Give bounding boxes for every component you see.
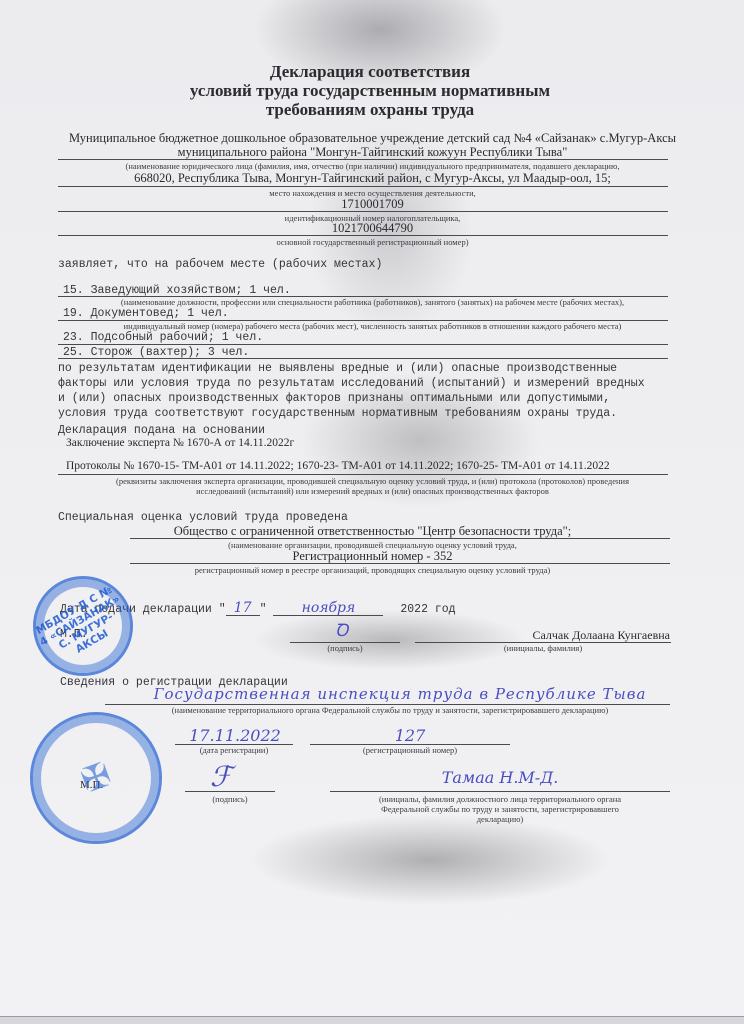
rule [185,791,275,792]
declarant-ogrn: 1021700644790 [40,221,705,235]
registration-date: 17.11.2022 [175,726,295,745]
rule [58,186,668,187]
basis-caption-1: (реквизиты заключения эксперта организац… [40,476,705,486]
rule [58,235,668,236]
declarant-name: Муниципальное бюджетное дошкольное образ… [40,131,705,159]
scanned-page: Декларация соответствия условий труда го… [0,0,744,1024]
submission-day: 17 [226,602,260,616]
result-line: и (или) опасных производственных факторо… [58,391,645,406]
rule [58,358,668,359]
declarant-name-line-1: Муниципальное бюджетное дошкольное образ… [40,131,705,145]
eagle-emblem-icon: ✠ [81,768,112,788]
rule [58,344,668,345]
rule [130,563,670,564]
assessment-reg-number: Регистрационный номер - 352 [40,549,705,563]
school-stamp-text: МБДОУ Д С № 4 «САЙЗАНАК» С. МУГУР-АКСЫ [30,582,135,671]
basis-label: Декларация подана на основании [58,424,265,437]
declarant-address: 668020, Республика Тыва, Монгун-Тайгинск… [40,171,705,185]
declarant-name-caption: (наименование юридического лица (фамилия… [40,161,705,171]
expert-conclusion: Заключение эксперта № 1670-А от 14.11.20… [66,437,294,449]
assessment-label: Специальная оценка условий труда проведе… [58,511,348,524]
rule [130,538,670,539]
title-line-3: требованиям охраны труда [150,100,590,119]
official-caption-1: (инициалы, фамилия должностного лица тер… [330,794,670,804]
title-line-2: условий труда государственным нормативны… [150,81,590,100]
official-name: Тамаа Н.М-Д. [330,768,670,787]
signer-name: Салчак Долаана Кунгаевна [420,628,670,643]
number-caption: (регистрационный номер) [310,745,510,755]
workplace-item: 19. Документовед; 1 чел. [63,307,229,320]
result-line: по результатам идентификации не выявлены… [58,361,645,376]
labor-inspection-stamp-content: ✠ [81,768,112,788]
title-line-1: Декларация соответствия [150,62,590,81]
protocols: Протоколы № 1670-15- ТМ-А01 от 14.11.202… [66,460,610,472]
document-title: Декларация соответствия условий труда го… [150,62,590,119]
official-caption-3: декларацию) [330,814,670,824]
declares-text: заявляет, что на рабочем месте (рабочих … [58,258,382,271]
official-signature: ℱ [210,760,232,793]
school-stamp: МБДОУ Д С № 4 «САЙЗАНАК» С. МУГУР-АКСЫ [33,576,133,676]
declarant-inn: 1710001709 [40,197,705,211]
rule [58,159,668,160]
signer-caption: (инициалы, фамилия) [415,643,671,653]
registration-number: 127 [310,726,510,745]
basis-caption-2: исследований (испытаний) или измерений в… [40,486,705,496]
official-caption: (инициалы, фамилия должностного лица тер… [330,794,670,824]
rule [58,474,668,475]
labor-inspection-stamp: ✠ [30,712,162,844]
ogrn-caption: основной государственный регистрационный… [40,237,705,247]
workplace-item: 23. Подсобный рабочий; 1 чел. [63,331,263,344]
rule [58,211,668,212]
workplaces-caption-2: индивидуальный номер (номера) рабочего м… [40,321,705,331]
result-line: факторы или условия труда по результатам… [58,376,645,391]
assessment-organization: Общество с ограниченной ответственностью… [40,524,705,538]
submission-year: 2022 год [400,603,455,616]
declarant-name-line-2: муниципального района "Монгун-Тайгинский… [40,145,705,159]
date-caption: (дата регистрации) [175,745,293,755]
reg-caption: регистрационный номер в реестре организа… [40,565,705,575]
basis-caption: (реквизиты заключения эксперта организац… [40,476,705,496]
declarant-signature: Ꝺ [335,618,348,641]
submission-month: ноября [273,602,383,616]
signature-caption: (подпись) [290,643,400,653]
authority-caption: (наименование территориального органа Фе… [80,705,700,715]
rule [330,791,670,792]
registration-authority: Государственная инспекция труда в Респуб… [120,685,680,703]
official-caption-2: Федеральной службы по труду и занятости,… [330,804,670,814]
result-line: условия труда соответствуют государствен… [58,406,645,421]
workplaces-caption-1: (наименование должности, профессии или с… [40,297,705,307]
page-edge [0,1016,744,1024]
official-signature-caption: (подпись) [185,794,275,804]
result-text: по результатам идентификации не выявлены… [58,361,645,421]
